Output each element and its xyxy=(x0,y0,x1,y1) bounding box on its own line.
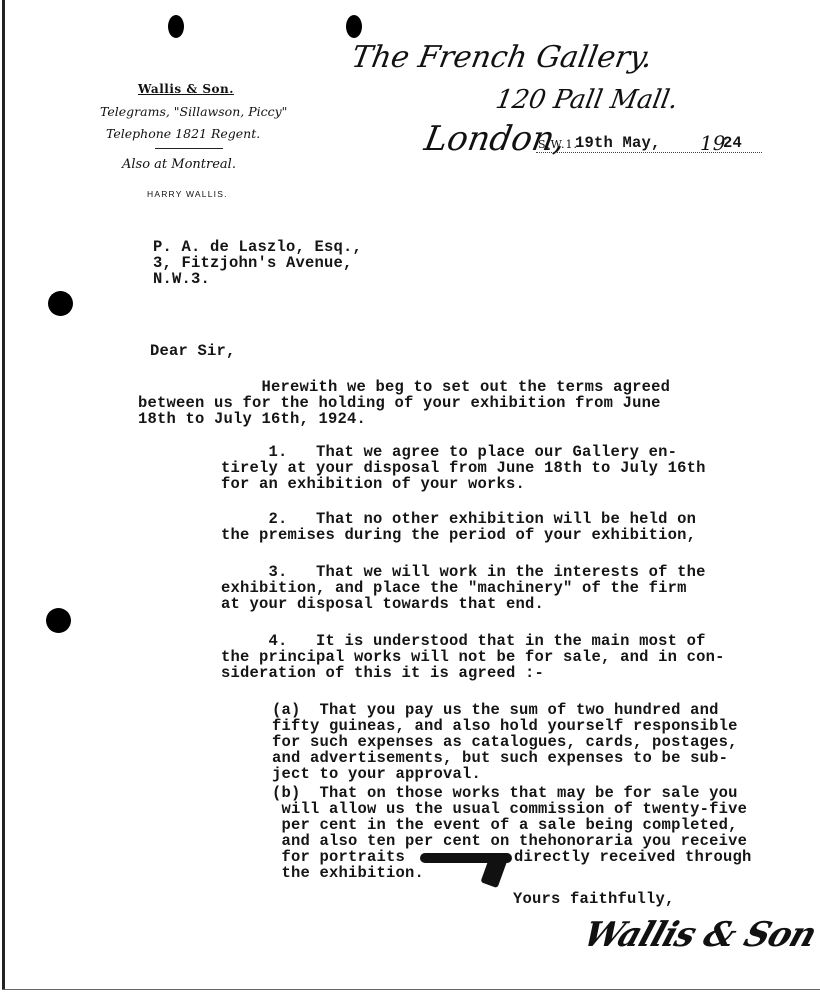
punch-hole-top-right xyxy=(346,15,362,38)
salutation: Dear Sir, xyxy=(150,344,236,359)
telephone-line: Telephone 1821 Regent. xyxy=(106,126,260,141)
intro-line-3: 18th to July 16th, 1924. xyxy=(138,412,366,427)
punch-hole-top-left xyxy=(168,15,184,38)
clause-1-line-1: 1. That we agree to place our Gallery en… xyxy=(221,445,677,460)
clause-3-line-2: exhibition, and place the "machinery" of… xyxy=(221,581,687,596)
sub-b-line-3: per cent in the event of a sale being co… xyxy=(272,818,738,833)
firm-name: Wallis & Son. xyxy=(138,82,234,96)
clause-4-line-3: sideration of this it is agreed :- xyxy=(221,666,544,681)
sub-b-line-2: will allow us the usual commission of tw… xyxy=(272,802,747,817)
proprietor-name: HARRY WALLIS. xyxy=(147,189,228,199)
recipient-name: P. A. de Laszlo, Esq., xyxy=(153,240,362,255)
sub-b-line-6: the exhibition. xyxy=(272,866,424,881)
recipient-street: 3, Fitzjohn's Avenue, xyxy=(153,256,353,271)
sub-b-line-4: and also ten per cent on thehonoraria yo… xyxy=(272,834,747,849)
intro-line-2: between us for the holding of your exhib… xyxy=(138,396,661,411)
intro-line-1: Herewith we beg to set out the terms agr… xyxy=(138,380,670,395)
letter-page: Wallis & Son. Telegrams, "Sillawson, Pic… xyxy=(0,0,820,1000)
clause-1-line-3: for an exhibition of your works. xyxy=(221,477,525,492)
postal-district: S.W.1. xyxy=(538,138,578,151)
sub-b-line-1: (b) That on those works that may be for … xyxy=(272,786,738,801)
date-rule xyxy=(536,152,762,153)
gallery-name: The French Gallery. xyxy=(349,40,655,75)
clause-4-line-2: the principal works will not be for sale… xyxy=(221,650,725,665)
sub-b-line-5-continued: directly received through xyxy=(514,850,752,865)
sub-a-line-5: ject to your approval. xyxy=(272,767,481,782)
clause-3-line-3: at your disposal towards that end. xyxy=(221,597,544,612)
signature: Wallis & Son xyxy=(579,915,820,955)
sub-a-line-2: fifty guineas, and also hold yourself re… xyxy=(272,719,738,734)
page-bottom-edge xyxy=(2,989,820,990)
sub-a-line-1: (a) That you pay us the sum of two hundr… xyxy=(272,703,719,718)
letterhead-divider xyxy=(155,148,223,149)
also-at-line: Also at Montreal. xyxy=(122,157,236,172)
page-left-edge xyxy=(2,0,5,990)
clause-2-line-2: the premises during the period of your e… xyxy=(221,528,696,543)
recipient-postcode: N.W.3. xyxy=(153,272,210,287)
punch-hole-left-upper xyxy=(48,291,73,316)
punch-hole-left-lower xyxy=(46,608,71,633)
clause-3-line-1: 3. That we will work in the interests of… xyxy=(221,565,706,580)
sub-a-line-3: for such expenses as catalogues, cards, … xyxy=(272,735,738,750)
clause-2-line-1: 2. That no other exhibition will be held… xyxy=(221,512,696,527)
closing: Yours faithfully, xyxy=(513,892,675,907)
gallery-address: 120 Pall Mall. xyxy=(493,85,680,115)
year-typed: 24 xyxy=(723,136,742,151)
date-typed: 19th May, xyxy=(575,136,661,151)
sub-b-line-5: for portraits xyxy=(272,850,415,865)
telegrams-line: Telegrams, "Sillawson, Piccy" xyxy=(100,104,287,119)
clause-4-line-1: 4. It is understood that in the main mos… xyxy=(221,634,706,649)
clause-1-line-2: tirely at your disposal from June 18th t… xyxy=(221,461,706,476)
sub-a-line-4: and advertisements, but such expenses to… xyxy=(272,751,728,766)
